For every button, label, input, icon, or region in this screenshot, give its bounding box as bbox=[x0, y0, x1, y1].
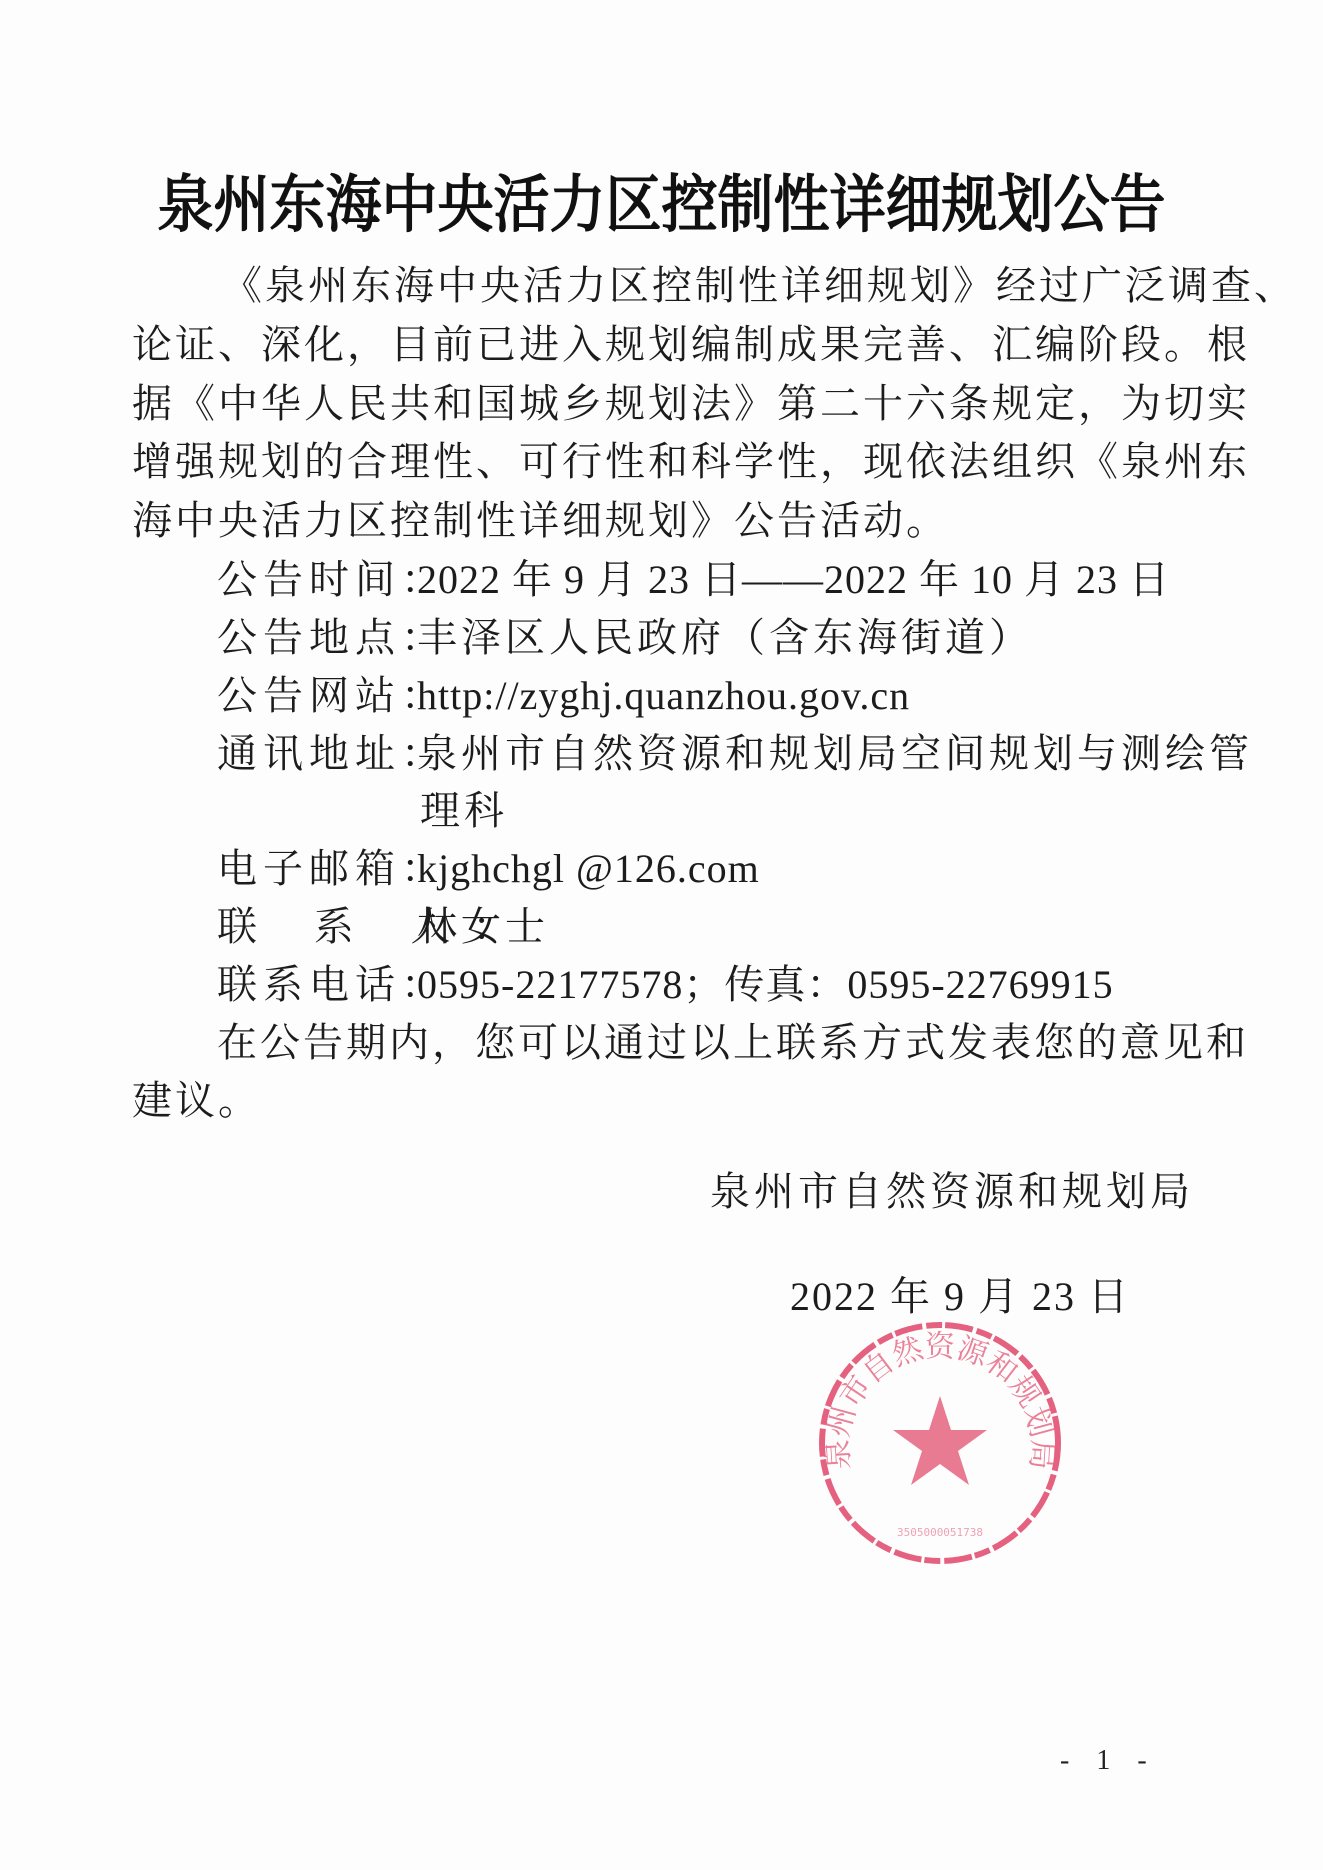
field-contact-person: 联 系 人： 林女士 bbox=[217, 903, 549, 951]
website-link[interactable]: http://zyghj.quanzhou.gov.cn bbox=[417, 672, 910, 720]
field-label: 联系电话： bbox=[217, 961, 417, 1009]
signature-organization: 泉州市自然资源和规划局 bbox=[710, 1168, 1194, 1216]
announcement-period: 2022 年 9 月 23 日——2022 年 10 月 23 日 bbox=[417, 556, 1170, 604]
document-title: 泉州东海中央活力区控制性详细规划公告 bbox=[0, 155, 1323, 245]
field-announcement-website: 公告网站： http://zyghj.quanzhou.gov.cn bbox=[217, 672, 910, 720]
email-address[interactable]: kjghchgl @126.com bbox=[417, 845, 760, 893]
page-number: - 1 - bbox=[1060, 1745, 1157, 1777]
phone-fax: 0595-22177578；传真：0595-22769915 bbox=[417, 961, 1114, 1009]
mailing-address-continuation: 理科 bbox=[420, 787, 508, 835]
official-seal-icon: 泉州市自然资源和规划局 3505000051738 bbox=[815, 1318, 1065, 1568]
announcement-place: 丰泽区人民政府（含东海街道） bbox=[417, 614, 1033, 662]
field-phone: 联系电话： 0595-22177578；传真：0595-22769915 bbox=[217, 961, 1114, 1009]
field-label: 公告时间： bbox=[217, 556, 417, 604]
signature-date: 2022 年 9 月 23 日 bbox=[790, 1273, 1130, 1321]
field-label: 公告网站： bbox=[217, 672, 417, 720]
field-label: 公告地点： bbox=[217, 614, 417, 662]
intro-line-4: 增强规划的合理性、可行性和科学性，现依法组织《泉州东 bbox=[132, 438, 1212, 486]
contact-person: 林女士 bbox=[417, 903, 549, 951]
svg-text:3505000051738: 3505000051738 bbox=[897, 1526, 983, 1539]
document-page: 泉州东海中央活力区控制性详细规划公告 《泉州东海中央活力区控制性详细规划》经过广… bbox=[0, 0, 1323, 1870]
field-label: 联 系 人： bbox=[217, 903, 417, 951]
mailing-address: 泉州市自然资源和规划局空间规划与测绘管 bbox=[417, 730, 1253, 778]
intro-line-3: 据《中华人民共和国城乡规划法》第二十六条规定，为切实 bbox=[132, 380, 1212, 428]
field-mailing-address: 通讯地址： 泉州市自然资源和规划局空间规划与测绘管 bbox=[217, 730, 1253, 778]
field-announcement-time: 公告时间： 2022 年 9 月 23 日——2022 年 10 月 23 日 bbox=[217, 556, 1170, 604]
field-label: 通讯地址： bbox=[217, 730, 417, 778]
field-announcement-place: 公告地点： 丰泽区人民政府（含东海街道） bbox=[217, 614, 1033, 662]
intro-line-5: 海中央活力区控制性详细规划》公告活动。 bbox=[132, 497, 1212, 545]
closing-line-1: 在公告期内，您可以通过以上联系方式发表您的意见和 bbox=[217, 1019, 1212, 1067]
intro-line-1: 《泉州东海中央活力区控制性详细规划》经过广泛调查、 bbox=[222, 262, 1212, 310]
closing-line-2: 建议。 bbox=[132, 1077, 261, 1125]
field-email: 电子邮箱： kjghchgl @126.com bbox=[217, 845, 760, 893]
intro-line-2: 论证、深化，目前已进入规划编制成果完善、汇编阶段。根 bbox=[132, 321, 1212, 369]
field-label: 电子邮箱： bbox=[217, 845, 417, 893]
